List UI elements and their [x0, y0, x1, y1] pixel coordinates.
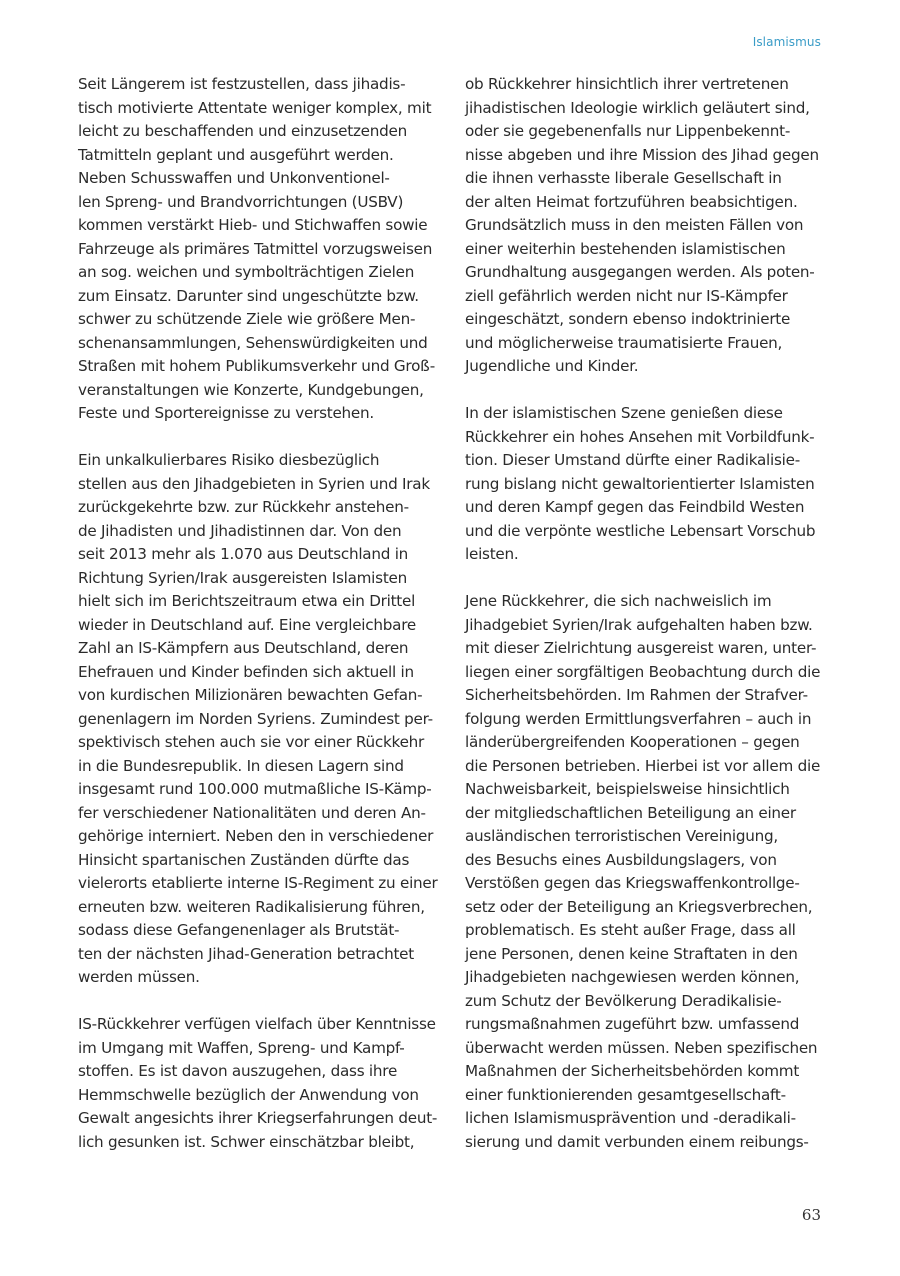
text-line: zum Schutz der Bevölkerung Deradikalisie… [465, 990, 835, 1014]
text-line: lichen Islamismusprävention und -deradik… [465, 1107, 835, 1131]
text-line: IS-Rückkehrer verfügen vielfach über Ken… [78, 1013, 448, 1037]
text-line: und deren Kampf gegen das Feindbild West… [465, 496, 835, 520]
text-line: im Umgang mit Waffen, Spreng- und Kampf- [78, 1037, 448, 1061]
text-line: spektivisch stehen auch sie vor einer Rü… [78, 731, 448, 755]
page-number: 63 [802, 1206, 821, 1224]
text-line: kommen verstärkt Hieb- und Stichwaffen s… [78, 214, 448, 238]
text-line: Jugendliche und Kinder. [465, 355, 835, 379]
body-paragraph: Jene Rückkehrer, die sich nachweislich i… [465, 590, 835, 1154]
text-line: ob Rückkehrer hinsichtlich ihrer vertret… [465, 73, 835, 97]
text-line: Jihadgebieten nachgewiesen werden können… [465, 966, 835, 990]
text-line: seit 2013 mehr als 1.070 aus Deutschland… [78, 543, 448, 567]
text-line: Ein unkalkulierbares Risiko diesbezüglic… [78, 449, 448, 473]
text-line: Grundhaltung ausgegangen werden. Als pot… [465, 261, 835, 285]
text-line: einer funktionierenden gesamtgesellschaf… [465, 1084, 835, 1108]
text-line: In der islamistischen Szene genießen die… [465, 402, 835, 426]
text-line: Fahrzeuge als primäres Tatmittel vorzugs… [78, 238, 448, 262]
text-line: Tatmitteln geplant und ausgeführt werden… [78, 144, 448, 168]
text-line: ziell gefährlich werden nicht nur IS-Käm… [465, 285, 835, 309]
text-line: werden müssen. [78, 966, 448, 990]
body-paragraph: In der islamistischen Szene genießen die… [465, 402, 835, 567]
body-paragraph: Seit Längerem ist festzustellen, dass ji… [78, 73, 448, 426]
text-line: rung bislang nicht gewaltorientierter Is… [465, 473, 835, 497]
text-line: mit dieser Zielrichtung ausgereist waren… [465, 637, 835, 661]
text-line: Seit Längerem ist festzustellen, dass ji… [78, 73, 448, 97]
text-line: Hemmschwelle bezüglich der Anwendung von [78, 1084, 448, 1108]
text-line: genenlagern im Norden Syriens. Zumindest… [78, 708, 448, 732]
text-line: wieder in Deutschland auf. Eine vergleic… [78, 614, 448, 638]
text-line: problematisch. Es steht außer Frage, das… [465, 919, 835, 943]
text-line: nisse abgeben und ihre Mission des Jihad… [465, 144, 835, 168]
text-line: Gewalt angesichts ihrer Kriegserfahrunge… [78, 1107, 448, 1131]
text-line: leicht zu beschaffenden und einzusetzend… [78, 120, 448, 144]
text-line: rungsmaßnahmen zugeführt bzw. umfassend [465, 1013, 835, 1037]
text-line: liegen einer sorgfältigen Beobachtung du… [465, 661, 835, 685]
text-line: insgesamt rund 100.000 mutmaßliche IS-Kä… [78, 778, 448, 802]
text-line: Jene Rückkehrer, die sich nachweislich i… [465, 590, 835, 614]
text-line: Zahl an IS-Kämpfern aus Deutschland, der… [78, 637, 448, 661]
text-line: de Jihadisten und Jihadistinnen dar. Von… [78, 520, 448, 544]
text-line: oder sie gegebenenfalls nur Lippenbekenn… [465, 120, 835, 144]
text-line: zurückgekehrte bzw. zur Rückkehr anstehe… [78, 496, 448, 520]
body-paragraph: ob Rückkehrer hinsichtlich ihrer vertret… [465, 73, 835, 379]
text-line: zum Einsatz. Darunter sind ungeschützte … [78, 285, 448, 309]
text-line: leisten. [465, 543, 835, 567]
text-line: von kurdischen Milizionären bewachten Ge… [78, 684, 448, 708]
text-line: folgung werden Ermittlungsverfahren – au… [465, 708, 835, 732]
text-line: jene Personen, denen keine Straftaten in… [465, 943, 835, 967]
text-line: gehörige interniert. Neben den in versch… [78, 825, 448, 849]
text-line: und möglicherweise traumatisierte Frauen… [465, 332, 835, 356]
text-line: jihadistischen Ideologie wirklich geläut… [465, 97, 835, 121]
text-line: tion. Dieser Umstand dürfte einer Radika… [465, 449, 835, 473]
text-line: tisch motivierte Attentate weniger kompl… [78, 97, 448, 121]
text-line: in die Bundesrepublik. In diesen Lagern … [78, 755, 448, 779]
text-line: an sog. weichen und symbolträchtigen Zie… [78, 261, 448, 285]
running-header-section: Islamismus [753, 35, 821, 49]
text-line: Grundsätzlich muss in den meisten Fällen… [465, 214, 835, 238]
text-line: hielt sich im Berichtszeitraum etwa ein … [78, 590, 448, 614]
text-line: ten der nächsten Jihad-Generation betrac… [78, 943, 448, 967]
right-column: ob Rückkehrer hinsichtlich ihrer vertret… [465, 73, 835, 1178]
text-line: und die verpönte westliche Lebensart Vor… [465, 520, 835, 544]
text-line: der alten Heimat fortzuführen beabsichti… [465, 191, 835, 215]
text-line: erneuten bzw. weiteren Radikalisierung f… [78, 896, 448, 920]
body-paragraph: Ein unkalkulierbares Risiko diesbezüglic… [78, 449, 448, 990]
text-line: schenansammlungen, Sehenswürdigkeiten un… [78, 332, 448, 356]
text-line: veranstaltungen wie Konzerte, Kundgebung… [78, 379, 448, 403]
text-line: die Personen betrieben. Hierbei ist vor … [465, 755, 835, 779]
text-line: vielerorts etablierte interne IS-Regimen… [78, 872, 448, 896]
text-line: sodass diese Gefangenenlager als Brutstä… [78, 919, 448, 943]
text-line: setz oder der Beteiligung an Kriegsverbr… [465, 896, 835, 920]
text-line: Richtung Syrien/Irak ausgereisten Islami… [78, 567, 448, 591]
text-line: Straßen mit hohem Publikumsverkehr und G… [78, 355, 448, 379]
text-line: len Spreng- und Brandvorrichtungen (USBV… [78, 191, 448, 215]
left-column: Seit Längerem ist festzustellen, dass ji… [78, 73, 448, 1178]
text-line: einer weiterhin bestehenden islamistisch… [465, 238, 835, 262]
text-line: stellen aus den Jihadgebieten in Syrien … [78, 473, 448, 497]
text-line: eingeschätzt, sondern ebenso indoktrinie… [465, 308, 835, 332]
text-line: Rückkehrer ein hohes Ansehen mit Vorbild… [465, 426, 835, 450]
text-line: Nachweisbarkeit, beispielsweise hinsicht… [465, 778, 835, 802]
text-line: stoffen. Es ist davon auszugehen, dass i… [78, 1060, 448, 1084]
text-line: länderübergreifenden Kooperationen – geg… [465, 731, 835, 755]
text-line: Maßnahmen der Sicherheitsbehörden kommt [465, 1060, 835, 1084]
text-line: des Besuchs eines Ausbildungslagers, von [465, 849, 835, 873]
text-line: Ehefrauen und Kinder befinden sich aktue… [78, 661, 448, 685]
body-paragraph: IS-Rückkehrer verfügen vielfach über Ken… [78, 1013, 448, 1154]
text-line: Jihadgebiet Syrien/Irak aufgehalten habe… [465, 614, 835, 638]
text-line: schwer zu schützende Ziele wie größere M… [78, 308, 448, 332]
text-line: Verstößen gegen das Kriegswaffenkontroll… [465, 872, 835, 896]
text-line: fer verschiedener Nationalitäten und der… [78, 802, 448, 826]
text-line: Sicherheitsbehörden. Im Rahmen der Straf… [465, 684, 835, 708]
text-line: Neben Schusswaffen und Unkonventionel- [78, 167, 448, 191]
text-line: Feste und Sportereignisse zu verstehen. [78, 402, 448, 426]
text-line: sierung und damit verbunden einem reibun… [465, 1131, 835, 1155]
text-line: der mitgliedschaftlichen Beteiligung an … [465, 802, 835, 826]
text-line: ausländischen terroristischen Vereinigun… [465, 825, 835, 849]
text-line: überwacht werden müssen. Neben spezifisc… [465, 1037, 835, 1061]
text-line: Hinsicht spartanischen Zuständen dürfte … [78, 849, 448, 873]
text-line: lich gesunken ist. Schwer einschätzbar b… [78, 1131, 448, 1155]
text-line: die ihnen verhasste liberale Gesellschaf… [465, 167, 835, 191]
